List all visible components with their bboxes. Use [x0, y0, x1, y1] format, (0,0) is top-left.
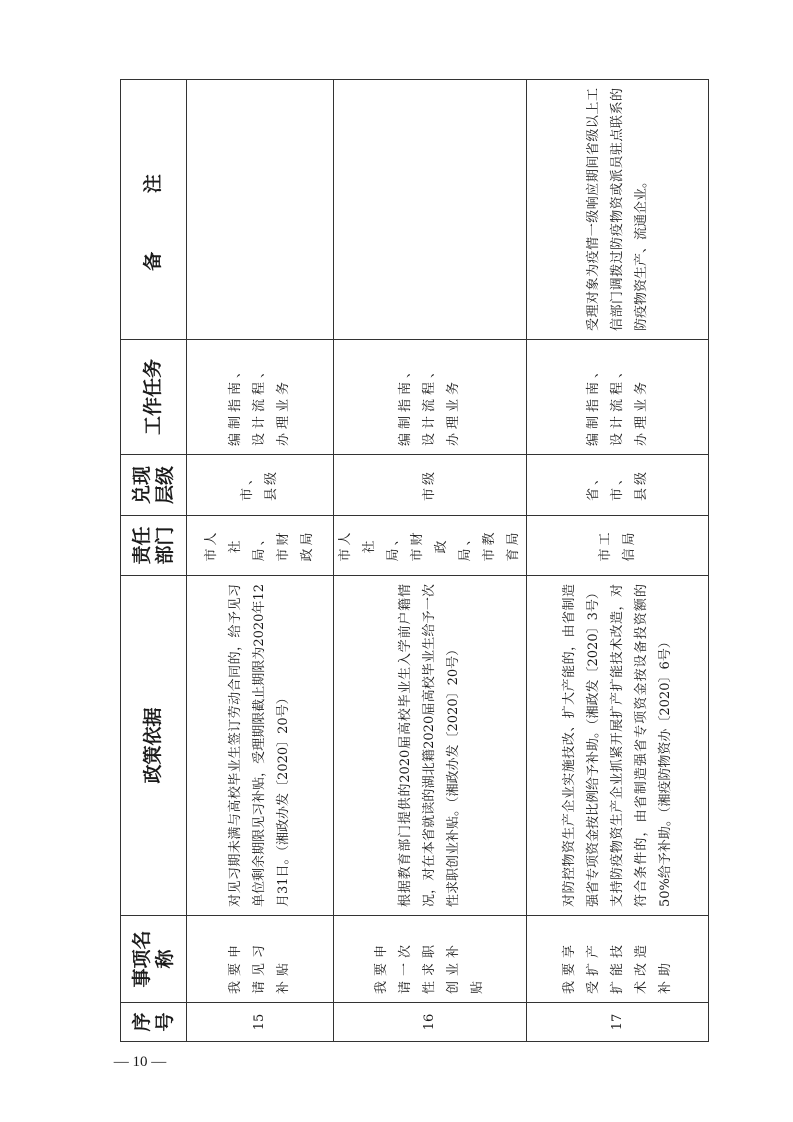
table-header-row: 序号 事项名称 政策依据 责任部门 兑现层级 工作任务 备 注	[121, 80, 187, 1042]
basis-paragraph: 对防控物资生产企业实施技改、扩大产能的，由省制造强省专项资金按比例给予补助。（湘…	[558, 584, 606, 907]
page-number: — 10 —	[110, 1054, 170, 1071]
row-basis: 根据教育部门提供的2020届高校毕业生入学前户籍情况，对在本省就读的湖北籍202…	[334, 576, 527, 916]
row-dept: 市人社局、市财政局	[187, 516, 334, 576]
row-dept: 市工信局	[527, 516, 709, 576]
row-task: 编制指南、设计流程、办理业务	[187, 340, 334, 455]
row-no: 16	[334, 1003, 527, 1042]
row-name: 我要享受扩产扩能技术改造补助	[527, 916, 709, 1003]
header-dept: 责任部门	[121, 516, 187, 576]
document-page: 序号 事项名称 政策依据 责任部门 兑现层级 工作任务 备 注 15 我要申请见…	[0, 0, 793, 1122]
row-note	[334, 80, 527, 340]
header-note: 备 注	[121, 80, 187, 340]
header-basis: 政策依据	[121, 576, 187, 916]
header-task: 工作任务	[121, 340, 187, 455]
header-no: 序号	[121, 1003, 187, 1042]
policy-table: 序号 事项名称 政策依据 责任部门 兑现层级 工作任务 备 注 15 我要申请见…	[120, 79, 709, 1042]
row-note: 受理对象为疫情一级响应期间省级以上工信部门调拨过防疫物资或派员驻点联系的防疫物资…	[527, 80, 709, 340]
basis-paragraph: 对见习期未满与高校毕业生签订劳动合同的，给予见习单位剩余期限见习补贴，受理期限截…	[224, 584, 296, 907]
row-name: 我要申请见习补贴	[187, 916, 334, 1003]
rotated-table-container: 序号 事项名称 政策依据 责任部门 兑现层级 工作任务 备 注 15 我要申请见…	[120, 80, 668, 1042]
header-note-label: 备 注	[142, 148, 164, 271]
table-row: 17 我要享受扩产扩能技术改造补助 对防控物资生产企业实施技改、扩大产能的，由省…	[527, 80, 709, 1042]
table-row: 16 我要申请一次性求职创业补贴 根据教育部门提供的2020届高校毕业生入学前户…	[334, 80, 527, 1042]
row-note	[187, 80, 334, 340]
row-basis: 对防控物资生产企业实施技改、扩大产能的，由省制造强省专项资金按比例给予补助。（湘…	[527, 576, 709, 916]
basis-paragraph: 支持防疫物资生产企业抓紧开展扩产扩能技术改造，对符合条件的，由省制造强省专项资金…	[606, 584, 678, 907]
row-no: 15	[187, 1003, 334, 1042]
row-task: 编制指南、设计流程、办理业务	[334, 340, 527, 455]
row-level: 市、县级	[187, 455, 334, 516]
header-level: 兑现层级	[121, 455, 187, 516]
row-task: 编制指南、设计流程、办理业务	[527, 340, 709, 455]
row-dept: 市人社局、市财政局、市教育局	[334, 516, 527, 576]
table-row: 15 我要申请见习补贴 对见习期未满与高校毕业生签订劳动合同的，给予见习单位剩余…	[187, 80, 334, 1042]
basis-paragraph: 根据教育部门提供的2020届高校毕业生入学前户籍情况，对在本省就读的湖北籍202…	[394, 584, 466, 907]
header-name: 事项名称	[121, 916, 187, 1003]
row-basis: 对见习期未满与高校毕业生签订劳动合同的，给予见习单位剩余期限见习补贴，受理期限截…	[187, 576, 334, 916]
row-no: 17	[527, 1003, 709, 1042]
row-name: 我要申请一次性求职创业补贴	[334, 916, 527, 1003]
row-level: 市级	[334, 455, 527, 516]
row-level: 省、市、县级	[527, 455, 709, 516]
